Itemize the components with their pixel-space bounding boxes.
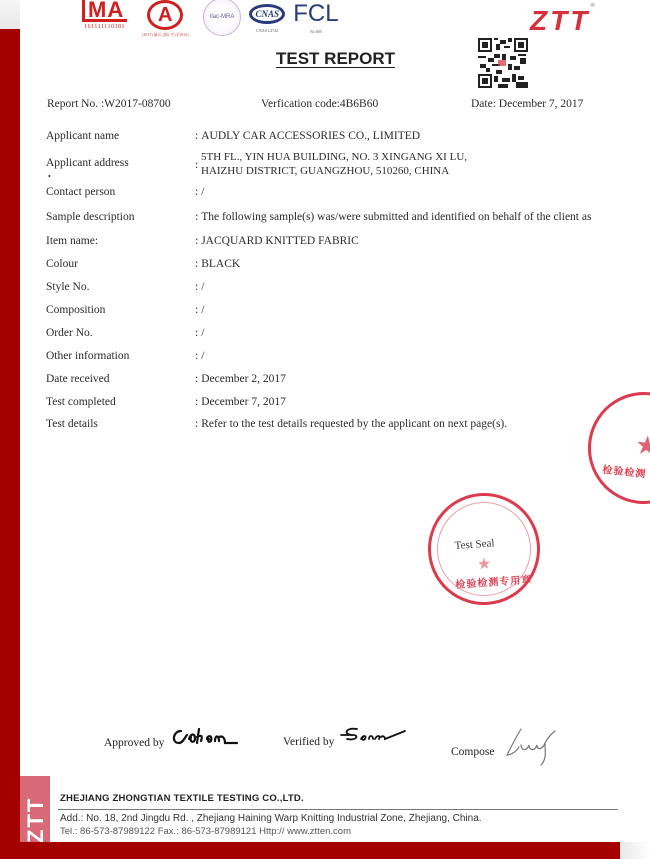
ztt-brand-logo: ZTT®	[530, 5, 598, 37]
field-value: :/	[195, 281, 635, 293]
field-label: Test details	[46, 418, 196, 430]
star-icon: ★	[476, 554, 492, 575]
footer-ztt-logo: ZTT	[20, 776, 50, 842]
field-value: :/	[195, 304, 635, 316]
field-value: :/	[195, 186, 635, 198]
ilac-mra-logo: ilac-MRA	[203, 0, 241, 36]
verification-code: Verfication code:4B6B60	[261, 98, 378, 110]
field-label: Contact person	[46, 186, 196, 198]
report-date: Date: December 7, 2017	[471, 98, 583, 110]
field-value: :AUDLY CAR ACCESSORIES CO., LIMITED	[195, 130, 635, 142]
field-label: Style No.	[46, 281, 196, 293]
verified-by: Verified by	[283, 725, 409, 749]
field-value: :JACQUARD KNITTED FABRIC	[195, 235, 635, 247]
star-icon: ★	[634, 430, 650, 462]
cma-logo: MA 161111110381	[82, 0, 127, 30]
footer-company-name: ZHEJIANG ZHONGTIAN TEXTILE TESTING CO.,L…	[60, 793, 304, 804]
qr-code-icon	[478, 38, 528, 88]
field-label: Applicant name	[46, 130, 196, 142]
field-label: Composition	[46, 304, 196, 316]
field-value: 5TH FL., YIN HUA BUILDING, NO. 3 XINGANG…	[201, 150, 467, 178]
field-label: Test completed	[46, 396, 196, 408]
footer-contact: Tel.: 86-573-87989122 Fax.: 86-573-87989…	[60, 826, 351, 837]
field-value: :December 7, 2017	[195, 396, 635, 408]
compose-by: Compose	[451, 725, 559, 769]
cnas-logo: CNAS CNAS L2742	[249, 0, 285, 33]
cal-logo: A (2017) 量认 (浙) 字 (Z1813)	[135, 0, 195, 38]
certification-logos: MA 161111110381 A (2017) 量认 (浙) 字 (Z1813…	[82, 0, 339, 40]
field-label: Date received	[46, 373, 196, 385]
background-watermark	[109, 399, 411, 682]
field-label: Colour	[46, 258, 196, 270]
field-value: :/	[195, 350, 635, 362]
address-line: 5TH FL., YIN HUA BUILDING, NO. 3 XINGANG…	[201, 150, 467, 164]
report-number: Report No. :W2017-08700	[47, 98, 171, 110]
field-colon: :	[195, 159, 198, 171]
field-label: Order No.	[46, 327, 196, 339]
field-label: Sample description	[46, 211, 196, 223]
report-page: MA 161111110381 A (2017) 量认 (浙) 字 (Z1813…	[20, 0, 650, 842]
field-label: Other information	[46, 350, 196, 362]
approved-by: Approved by	[104, 725, 239, 751]
field-label: Applicant address	[46, 157, 196, 169]
field-value: :The following sample(s) was/were submit…	[195, 211, 635, 223]
compose-signature	[499, 725, 559, 769]
address-line: HAIZHU DISTRICT, GUANGZHOU, 510260, CHIN…	[201, 164, 467, 178]
footer-divider	[58, 809, 618, 810]
field-label: Item name:	[46, 235, 196, 247]
footer-address: Add.: No. 18, 2nd Jingdu Rd. , Zhejiang …	[60, 813, 482, 824]
approved-signature	[169, 725, 239, 751]
verified-signature	[339, 725, 409, 749]
field-value: :December 2, 2017	[195, 373, 635, 385]
backdrop-top	[0, 0, 22, 30]
bullet-mark: •	[48, 172, 51, 181]
test-seal-stamp: ★ Test Seal 检验检测专用章	[424, 489, 544, 609]
backdrop-bottom-fade	[620, 842, 650, 859]
backdrop-bottom-red-bar	[0, 842, 620, 859]
field-value: :BLACK	[195, 258, 635, 270]
backdrop-left-red-bar	[0, 29, 20, 859]
report-title: TEST REPORT	[276, 49, 395, 69]
fcl-logo: FCL No.005	[293, 0, 338, 34]
field-value: :/	[195, 327, 635, 339]
